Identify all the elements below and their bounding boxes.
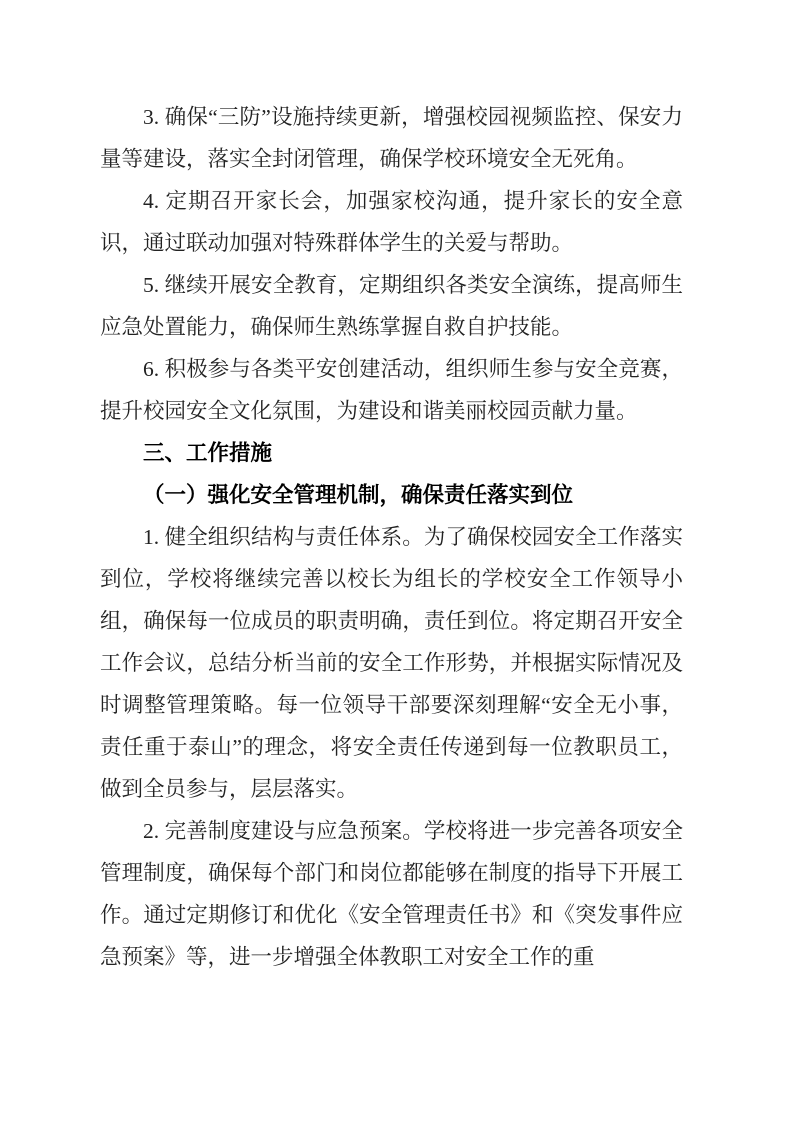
document-page: 3. 确保“三防”设施持续更新，增强校园视频监控、保安力量等建设，落实全封闭管理…	[0, 0, 793, 1122]
paragraph-item-4: 4. 定期召开家长会，加强家校沟通，提升家长的安全意识，通过联动加强对特殊群体学…	[100, 180, 683, 264]
subsection-heading-safety-management: （一）强化安全管理机制，确保责任落实到位	[100, 474, 683, 516]
paragraph-item-3: 3. 确保“三防”设施持续更新，增强校园视频监控、保安力量等建设，落实全封闭管理…	[100, 96, 683, 180]
paragraph-item-5: 5. 继续开展安全教育，定期组织各类安全演练，提高师生应急处置能力，确保师生熟练…	[100, 264, 683, 348]
section-heading-work-measures: 三、工作措施	[100, 432, 683, 474]
paragraph-measure-2: 2. 完善制度建设与应急预案。学校将进一步完善各项安全管理制度，确保每个部门和岗…	[100, 810, 683, 978]
paragraph-item-6: 6. 积极参与各类平安创建活动，组织师生参与安全竞赛，提升校园安全文化氛围，为建…	[100, 348, 683, 432]
paragraph-measure-1: 1. 健全组织结构与责任体系。为了确保校园安全工作落实到位，学校将继续完善以校长…	[100, 516, 683, 810]
